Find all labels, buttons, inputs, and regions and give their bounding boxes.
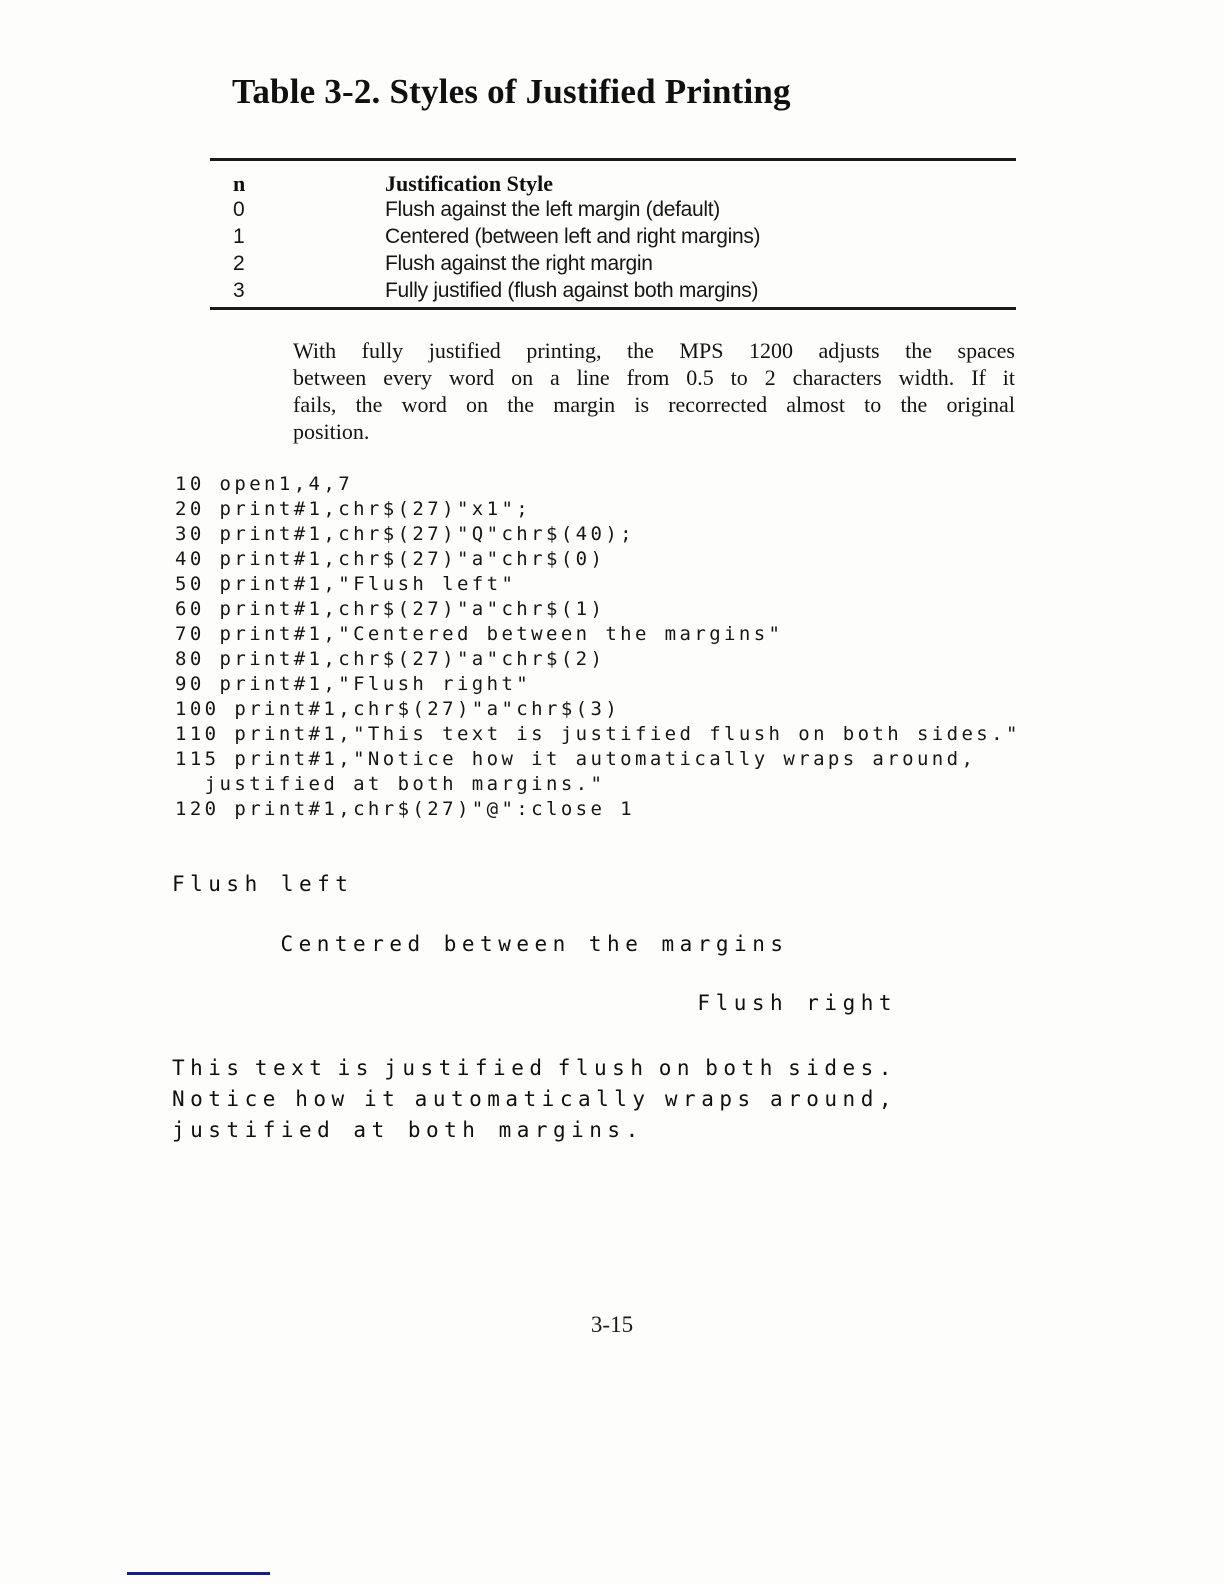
table-rule-bottom — [210, 307, 1016, 310]
code-line: 80 print#1,chr$(27)"a"chr$(2) — [175, 647, 1021, 672]
code-line: 20 print#1,chr$(27)"x1"; — [175, 497, 1021, 522]
word: how — [295, 1087, 349, 1111]
word: wraps — [665, 1087, 756, 1111]
word: the — [900, 391, 927, 418]
table-row: 1 Centered (between left and right margi… — [210, 225, 1016, 252]
justification-styles-table: n Justification Style 0 Flush against th… — [210, 158, 1016, 310]
code-line: 40 print#1,chr$(27)"a"chr$(0) — [175, 547, 1021, 572]
word: MPS — [679, 337, 723, 364]
word: Notice — [172, 1087, 281, 1111]
word: 2 — [765, 364, 776, 391]
code-line: 110 print#1,"This text is justified flus… — [175, 722, 1021, 747]
row-style-text: Centered (between left and right margins… — [385, 225, 760, 249]
row-style-text: Flush against the left margin (default) — [385, 198, 720, 222]
word: spaces — [958, 337, 1015, 364]
intro-paragraph: Withfullyjustifiedprinting,theMPS1200adj… — [293, 337, 1015, 445]
word: word — [449, 364, 494, 391]
word: original — [947, 391, 1015, 418]
word: 0.5 — [686, 364, 714, 391]
word: sides. — [788, 1056, 897, 1080]
row-n-value: 2 — [233, 252, 244, 276]
word: the — [905, 337, 932, 364]
word: is — [634, 391, 649, 418]
code-line: 120 print#1,chr$(27)"@":close 1 — [175, 797, 1021, 822]
word: the — [507, 391, 534, 418]
word: text — [255, 1056, 328, 1080]
word: characters — [793, 364, 882, 391]
row-n-value: 1 — [233, 225, 244, 249]
word: justified — [384, 1056, 547, 1080]
table-rule-top — [210, 158, 1016, 161]
page-title: Table 3-2. Styles of Justified Printing — [232, 72, 791, 112]
row-style-text: Flush against the right margin — [385, 252, 653, 276]
word: recorrected — [668, 391, 767, 418]
word: fails, — [293, 391, 336, 418]
word: automatically — [415, 1087, 651, 1111]
word: word — [402, 391, 447, 418]
column-header-n: n — [233, 171, 245, 197]
word: to — [864, 391, 881, 418]
sample-flush-right: Flush right — [172, 991, 897, 1015]
code-line: justified at both margins." — [175, 772, 1021, 797]
sample-flush-left: Flush left — [172, 872, 897, 896]
code-line: 10 open1,4,7 — [175, 472, 1021, 497]
code-line: 70 print#1,"Centered between the margins… — [175, 622, 1021, 647]
column-header-style: Justification Style — [385, 171, 553, 197]
table-header-row: n Justification Style — [210, 171, 1016, 198]
word: both — [705, 1056, 778, 1080]
row-n-value: 3 — [233, 279, 244, 303]
word: on — [466, 391, 488, 418]
basic-code-listing: 10 open1,4,7 20 print#1,chr$(27)"x1"; 30… — [175, 472, 1021, 822]
word: With — [293, 337, 336, 364]
word: every — [383, 364, 432, 391]
paragraph-line: Withfullyjustifiedprinting,theMPS1200adj… — [293, 337, 1015, 364]
word: it — [1003, 364, 1015, 391]
table-row: 2 Flush against the right margin — [210, 252, 1016, 279]
code-line: 30 print#1,chr$(27)"Q"chr$(40); — [175, 522, 1021, 547]
word: This — [172, 1056, 245, 1080]
sample-centered: Centered between the margins — [172, 932, 897, 956]
table-row: 0 Flush against the left margin (default… — [210, 198, 1016, 225]
word: from — [627, 364, 670, 391]
word: a — [550, 364, 560, 391]
code-line: 90 print#1,"Flush right" — [175, 672, 1021, 697]
word: to — [731, 364, 748, 391]
word: it — [364, 1087, 400, 1111]
word: the — [627, 337, 654, 364]
word: width. — [899, 364, 955, 391]
scanned-manual-page: { "title": "Table 3-2. Styles of Justifi… — [0, 0, 1224, 1584]
code-line: 100 print#1,chr$(27)"a"chr$(3) — [175, 697, 1021, 722]
paragraph-line: fails,thewordonthemarginisrecorrectedalm… — [293, 391, 1015, 418]
word: between — [293, 364, 366, 391]
word: on — [511, 364, 533, 391]
table-row: 3 Fully justified (flush against both ma… — [210, 279, 1016, 306]
word: almost — [786, 391, 845, 418]
word: fully — [362, 337, 404, 364]
word: justified — [429, 337, 501, 364]
word: 1200 — [749, 337, 793, 364]
word: line — [577, 364, 610, 391]
word: on — [659, 1056, 695, 1080]
sample-justified-line: justified at both margins. — [172, 1118, 897, 1142]
paragraph-line: betweeneverywordonalinefrom0.5to2charact… — [293, 364, 1015, 391]
word: the — [356, 391, 383, 418]
paragraph-line: position. — [293, 418, 1015, 445]
sample-justified-line: Thistextisjustifiedflushonbothsides. — [172, 1056, 897, 1080]
sample-justified-line: Noticehowitautomaticallywrapsaround, — [172, 1087, 897, 1111]
word: If — [971, 364, 986, 391]
word: printing, — [526, 337, 601, 364]
word: is — [338, 1056, 374, 1080]
word: margin — [553, 391, 615, 418]
row-n-value: 0 — [233, 198, 244, 222]
word: adjusts — [819, 337, 880, 364]
code-line: 115 print#1,"Notice how it automatically… — [175, 747, 1021, 772]
footer-blue-line — [127, 1572, 270, 1575]
code-line: 50 print#1,"Flush left" — [175, 572, 1021, 597]
code-line: 60 print#1,chr$(27)"a"chr$(1) — [175, 597, 1021, 622]
word: around, — [770, 1087, 897, 1111]
page-number: 3-15 — [0, 1312, 1224, 1338]
row-style-text: Fully justified (flush against both marg… — [385, 279, 758, 303]
word: flush — [558, 1056, 649, 1080]
